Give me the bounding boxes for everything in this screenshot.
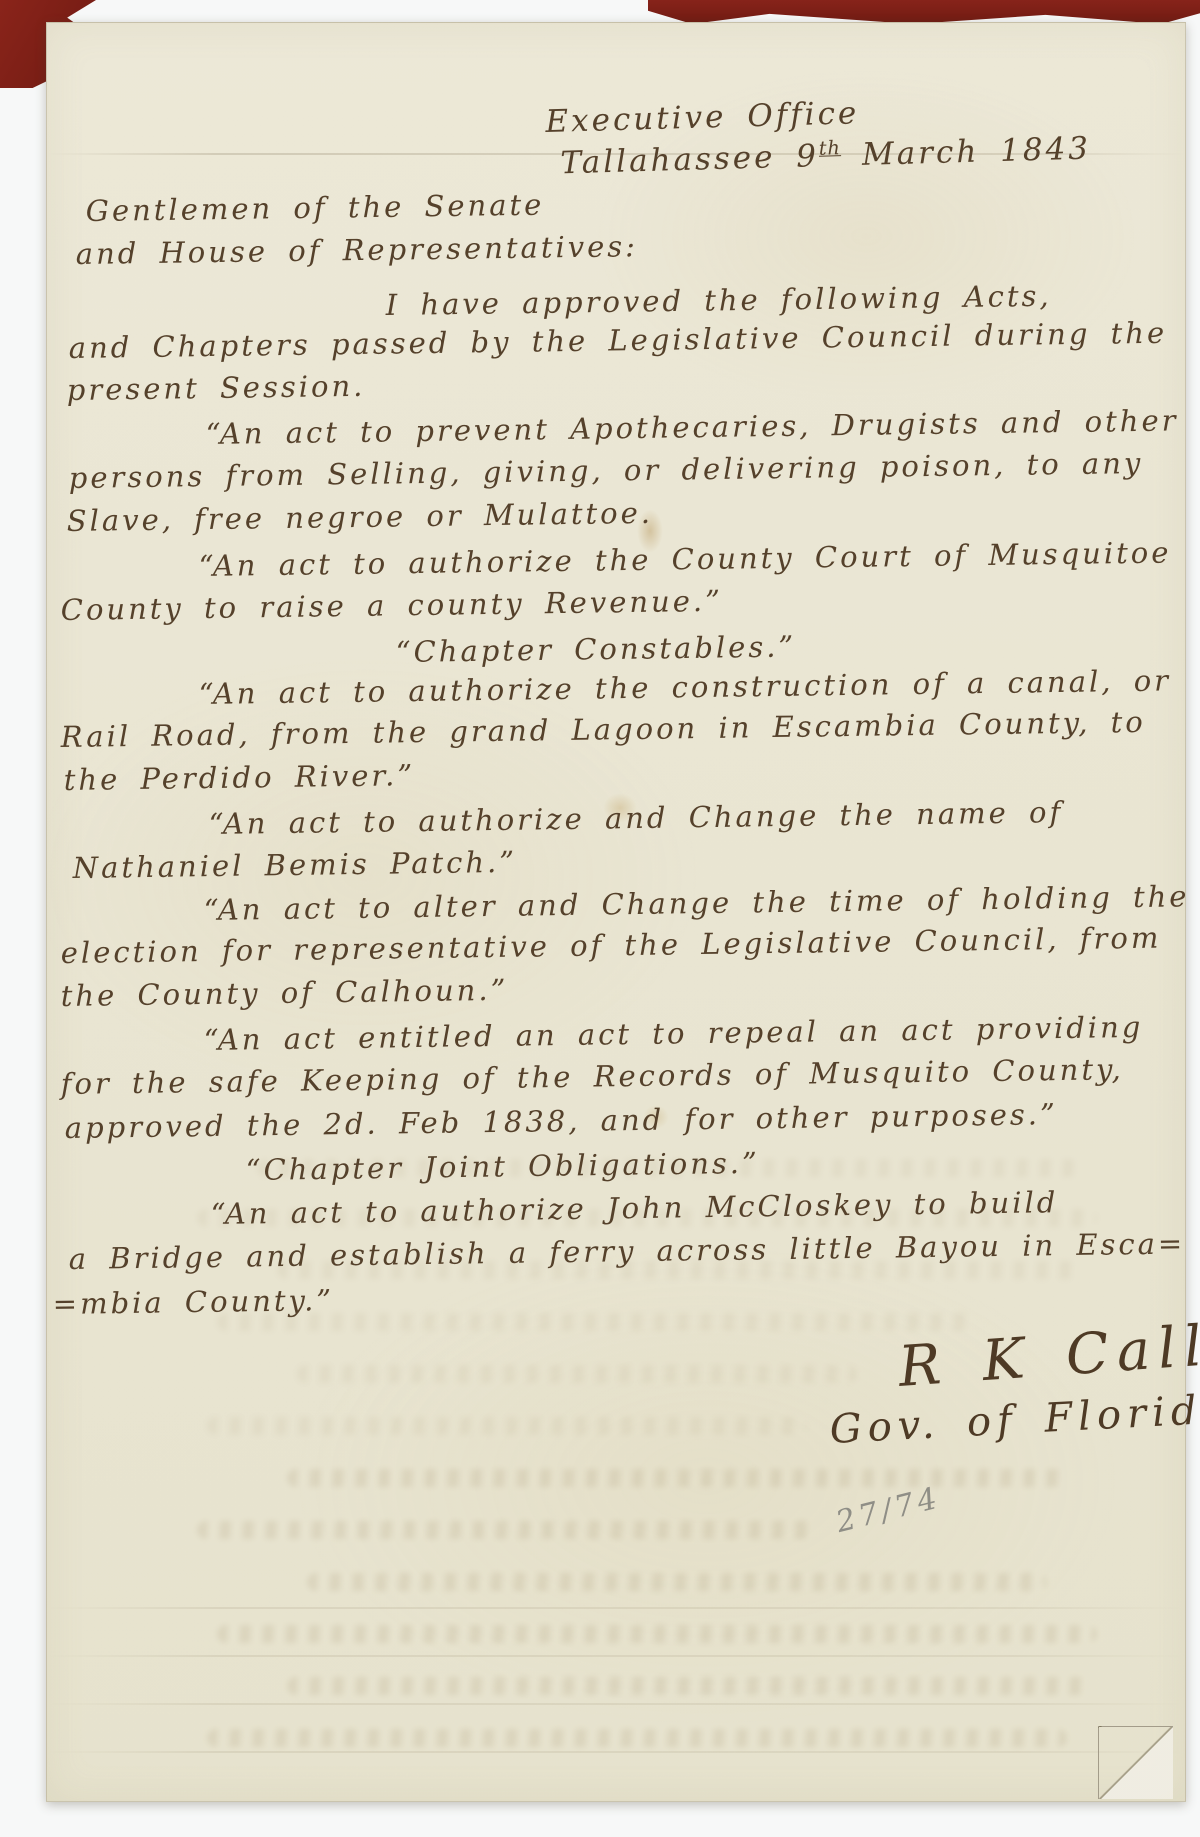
manuscript-line: “An act to authorize the County Court of… [199, 535, 1172, 583]
manuscript-line: “An act to alter and Change the time of … [204, 879, 1190, 927]
manuscript-line: election for representative of the Legis… [61, 921, 1162, 970]
manuscript-line: persons from Selling, giving, or deliver… [69, 446, 1144, 495]
dateline-place-day: Tallahassee 9 [560, 138, 820, 181]
manuscript-line: “An act to authorize and Change the name… [209, 795, 1064, 841]
manuscript-line: “An act to authorize the construction of… [199, 663, 1172, 711]
manuscript-line: =mbia County.” [53, 1283, 335, 1321]
manuscript-line: “Chapter Constables.” [396, 629, 797, 669]
manuscript-line: the County of Calhoun.” [61, 973, 509, 1013]
signature-title: Gov. of Florida [829, 1386, 1200, 1453]
manuscript-line: Nathaniel Bemis Patch.” [73, 845, 518, 885]
manuscript-line: Gentlemen of the Senate [86, 188, 545, 228]
ink-bleedthrough [207, 1417, 807, 1435]
dateline-month-year: March 1843 [841, 131, 1092, 174]
ink-bleedthrough [307, 1573, 1047, 1591]
ink-bleedthrough [197, 1521, 817, 1539]
manuscript-line: “Chapter Joint Obligations.” [246, 1146, 761, 1187]
ink-bleedthrough [207, 1729, 1067, 1747]
fold-crease [47, 1703, 1185, 1705]
manuscript-line: for the safe Keeping of the Records of M… [61, 1052, 1124, 1101]
manuscript-line: “An act entitled an act to repeal an act… [204, 1010, 1144, 1057]
fold-crease [47, 1751, 1185, 1753]
manuscript-page: Executive Office Tallahassee 9th March 1… [46, 22, 1186, 1802]
folded-corner [1098, 1726, 1173, 1799]
manuscript-line: County to raise a county Revenue.” [61, 584, 724, 627]
manuscript-line: the Perdido River.” [64, 758, 416, 797]
manuscript-line: Slave, free negroe or Mulattoe. [67, 496, 654, 538]
manuscript-line: Rail Road, from the grand Lagoon in Esca… [61, 705, 1146, 754]
dateline-ordinal: th [818, 136, 841, 160]
ink-bleedthrough [287, 1677, 1087, 1695]
manuscript-line: and Chapters passed by the Legislative C… [69, 316, 1168, 365]
scan-background: Executive Office Tallahassee 9th March 1… [0, 0, 1200, 1837]
manuscript-line: and House of Representatives: [76, 229, 639, 271]
manuscript-line: approved the 2d. Feb 1838, and for other… [65, 1097, 1058, 1145]
ink-bleedthrough [297, 1365, 857, 1383]
ink-bleedthrough [217, 1625, 1097, 1643]
fold-crease [47, 1655, 1185, 1657]
ink-bleedthrough [287, 1469, 1067, 1487]
manuscript-line: “An act to prevent Apothecaries, Drugist… [206, 403, 1179, 451]
binding-tape-right-icon [648, 0, 1200, 24]
fold-crease [47, 1607, 1185, 1609]
archival-number: 27/74 [833, 1480, 945, 1540]
heading-office: Executive Office [545, 95, 860, 140]
manuscript-line: I have approved the following Acts, [386, 279, 1052, 322]
manuscript-line: present Session. [67, 369, 366, 407]
